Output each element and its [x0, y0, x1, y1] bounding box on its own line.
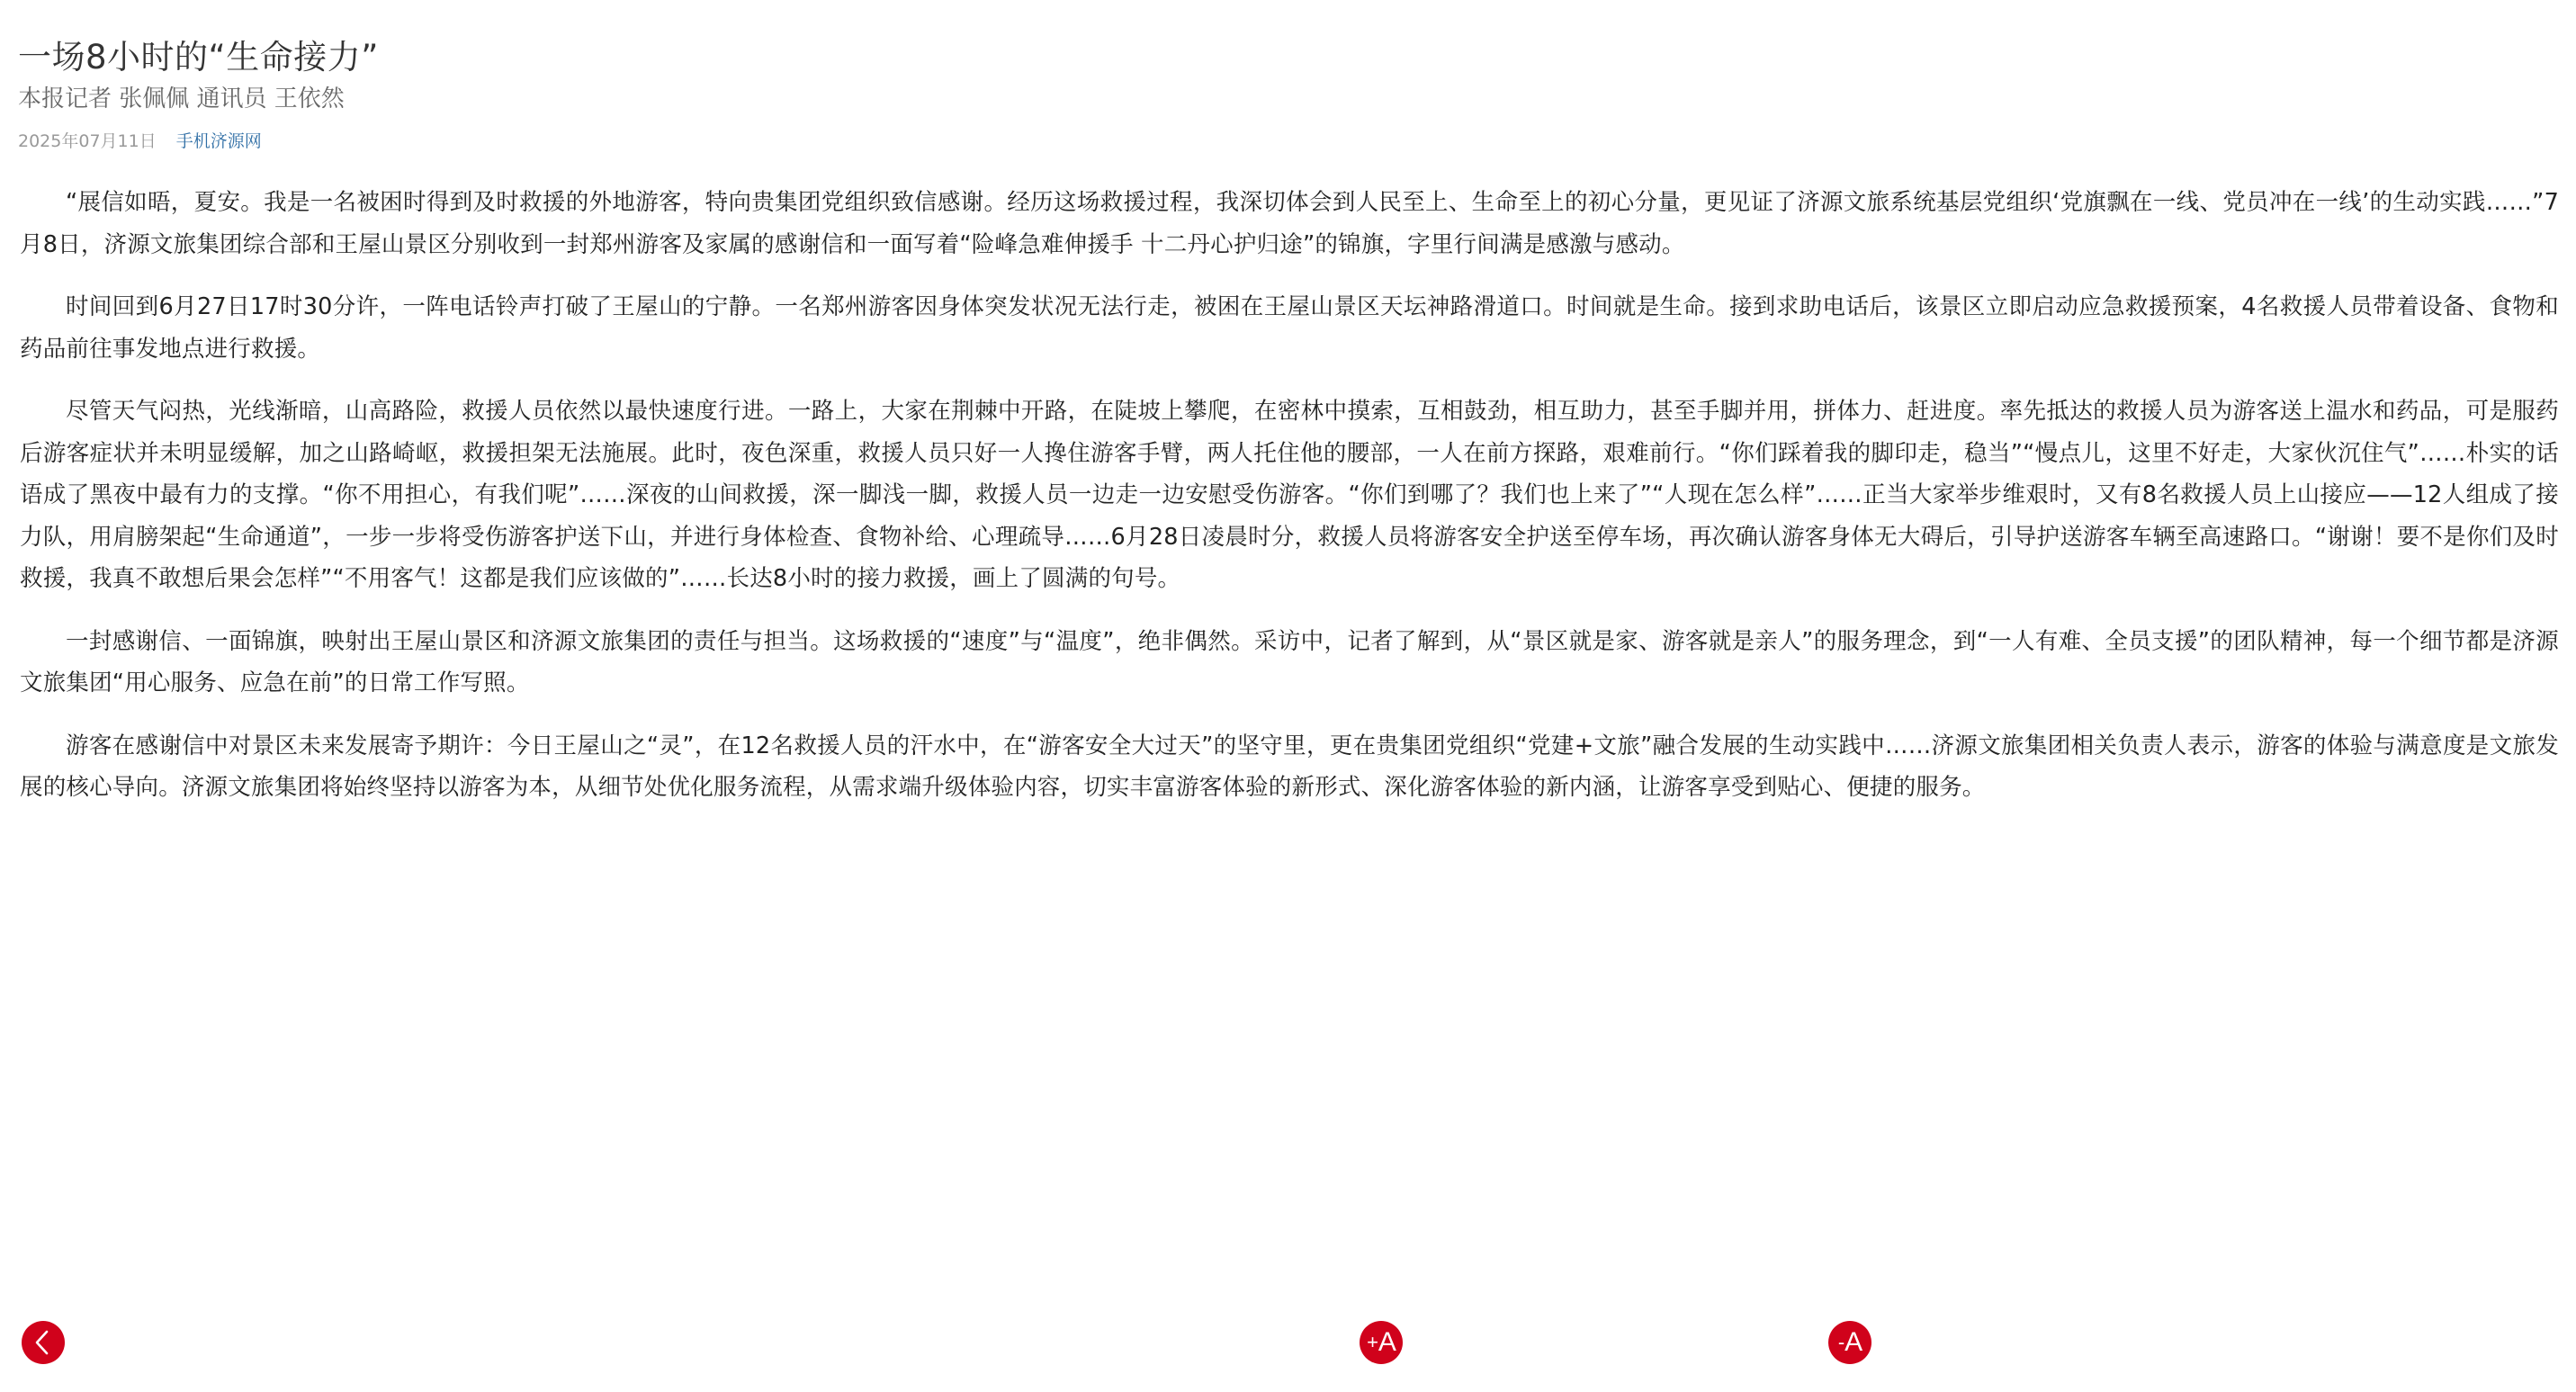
font-increase-button[interactable]: +A	[1360, 1321, 1403, 1364]
paragraph: 尽管天气闷热，光线渐暗，山高路险，救援人员依然以最快速度行进。一路上，大家在荆棘…	[20, 391, 2559, 600]
article-page: 一场8小时的“生命接力” 本报记者 张佩佩 通讯员 王依然 2025年07月11…	[0, 0, 2576, 1392]
article-meta: 2025年07月11日 手机济源网	[18, 130, 2558, 153]
font-decrease-button[interactable]: -A	[1828, 1321, 1871, 1364]
paragraph: 时间回到6月27日17时30分许，一阵电话铃声打破了王屋山的宁静。一名郑州游客因…	[20, 286, 2559, 370]
plus-sign: +	[1367, 1331, 1378, 1353]
source-link[interactable]: 手机济源网	[176, 130, 262, 153]
publish-date: 2025年07月11日	[18, 130, 157, 153]
article-byline: 本报记者 张佩佩 通讯员 王依然	[18, 83, 2558, 115]
back-button[interactable]	[22, 1321, 65, 1364]
paragraph: 一封感谢信、一面锦旗，映射出王屋山景区和济源文旅集团的责任与担当。这场救援的“速…	[20, 621, 2559, 705]
paragraph: 游客在感谢信中对景区未来发展寄予期许：今日王屋山之“灵”，在12名救援人员的汗水…	[20, 725, 2559, 809]
article-body: “展信如晤，夏安。我是一名被困时得到及时救援的外地游客，特向贵集团党组织致信感谢…	[20, 182, 2559, 830]
bottom-toolbar: +A -A	[0, 1321, 2576, 1364]
paragraph: “展信如晤，夏安。我是一名被困时得到及时救援的外地游客，特向贵集团党组织致信感谢…	[20, 182, 2559, 265]
article-header: 一场8小时的“生命接力” 本报记者 张佩佩 通讯员 王依然 2025年07月11…	[18, 36, 2558, 153]
article-title: 一场8小时的“生命接力”	[18, 36, 2558, 79]
chevron-left-icon	[22, 1321, 65, 1364]
minus-sign: -	[1838, 1331, 1844, 1353]
font-letter: A	[1378, 1327, 1396, 1357]
font-increase-icon: +A	[1367, 1329, 1396, 1356]
font-decrease-icon: -A	[1838, 1329, 1862, 1356]
font-letter: A	[1844, 1327, 1862, 1357]
